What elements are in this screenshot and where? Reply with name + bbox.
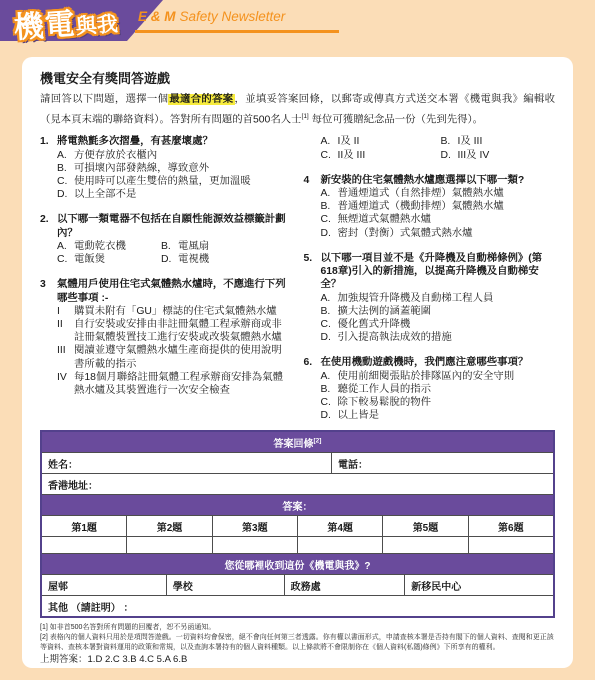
- option-label: D.: [161, 253, 178, 266]
- footnotes: [1] 如非首500名答對所有問題的回覆者，恕不另函通知。 [2] 表格內的個人…: [40, 623, 555, 664]
- option: D.III及 IV: [441, 149, 556, 162]
- intro-pre: 請回答以下問題，選擇一個: [40, 94, 168, 105]
- item-text: 閱讀並遵守氣體熱水爐生產商提供的使用說明書所載的指示: [74, 344, 292, 370]
- item-numeral: I: [57, 305, 74, 318]
- question-col-header: 第4題: [297, 516, 382, 536]
- option-label: B.: [321, 305, 338, 318]
- source-header-row: 您從哪裡收到這份《機電與我》?: [42, 553, 553, 574]
- logo-title-large: 機電: [13, 8, 77, 45]
- item-numeral: IV: [57, 371, 74, 397]
- option-text: III及 IV: [458, 149, 556, 162]
- question-3-options: A.I及 II B.I及 III C.II及 III D.III及 IV: [304, 135, 556, 161]
- question-columns-row: 第1題 第2題 第3題 第4題 第5題 第6題: [42, 515, 553, 536]
- quiz-title: 機電安全有獎問答遊戲: [40, 68, 555, 87]
- intro-highlight: 最適合的答案: [168, 94, 234, 105]
- question-5-options: A.加強規管升降機及自動梯工程人員 B.擴大法例的涵蓋範圍 C.優化舊式升降機 …: [321, 292, 556, 345]
- option-label: C.: [57, 175, 74, 188]
- option-label: A.: [57, 149, 74, 162]
- option-label: D.: [441, 149, 458, 162]
- option-text: II及 III: [338, 149, 441, 162]
- option-label: B.: [161, 240, 178, 253]
- option-text: 引入提高執法成效的措施: [338, 331, 556, 344]
- subtitle-rest: Safety Newsletter: [180, 9, 286, 24]
- option: B.聽從工作人員的指示: [321, 383, 556, 396]
- question-3-head: 3 氣體用戶使用住宅式氣體熱水爐時，不應進行下列哪些事項 :-: [40, 278, 292, 304]
- form-title-text: 答案回條: [274, 439, 314, 450]
- option-text: 以上全部不是: [74, 188, 292, 201]
- question-2-head: 2. 以下哪一類電器不包括在自願性能源效益標籤計劃內？: [40, 213, 292, 239]
- question-number: 2.: [40, 213, 57, 239]
- question-text: 以下哪一類電器不包括在自願性能源效益標籤計劃內？: [57, 213, 292, 239]
- source-option-office: 政務處: [284, 575, 405, 595]
- option-label: C.: [57, 253, 74, 266]
- option: C.使用時可以產生雙倍的熱量，更加溫暖: [57, 175, 292, 188]
- answer-cell-q2: [126, 537, 211, 553]
- previous-answers-value: 1.D 2.C 3.B 4.C 5.A 6.B: [88, 654, 188, 665]
- option-label: C.: [321, 213, 338, 226]
- question-3: 3 氣體用戶使用住宅式氣體熱水爐時，不應進行下列哪些事項 :- I購買未附有「G…: [40, 278, 292, 397]
- option: B.電風扇: [161, 240, 292, 253]
- subtitle-underline: [135, 30, 339, 33]
- option: B.I及 III: [441, 135, 556, 148]
- option: C.無煙道式氣體熱水爐: [321, 213, 556, 226]
- option-label: B.: [321, 383, 338, 396]
- other-source-field: 其他 （請註明） ：: [42, 596, 553, 616]
- answers-header-row: 答案：: [42, 494, 553, 515]
- item-numeral: II: [57, 318, 74, 344]
- question-3-item: II自行安裝或安排由非註冊氣體工程承辦商或非註冊氣體裝置技工進行安裝或改裝氣體熱…: [57, 318, 292, 344]
- option-label: A.: [321, 135, 338, 148]
- question-5-head: 5. 以下哪一項目並不是《升降機及自動梯條例》(第618章)引入的新措施，以提高…: [304, 252, 556, 292]
- option-text: 使用前細閱張貼於排隊區內的安全守則: [338, 370, 556, 383]
- option-label: D.: [57, 188, 74, 201]
- option-text: 加強規管升降機及自動梯工程人員: [338, 292, 556, 305]
- logo-title-small: 與我: [75, 13, 119, 39]
- option-text: 聽從工作人員的指示: [338, 383, 556, 396]
- name-field: 姓名：: [42, 453, 331, 473]
- item-text: 每18個月聯絡註冊氣體工程承辦商安排為氣體熱水爐及其裝置進行一次安全檢查: [74, 371, 292, 397]
- option-label: B.: [441, 135, 458, 148]
- form-title-row: 答案回條[2]: [42, 432, 553, 452]
- answer-cell-q3: [212, 537, 297, 553]
- question-1-head: 1. 將電熱氈多次摺疊，有甚麼壞處？: [40, 135, 292, 148]
- content-card: 機電安全有獎問答遊戲 請回答以下問題，選擇一個最適合的答案，並填妥答案回條，以郵…: [22, 57, 573, 668]
- option-label: A.: [321, 370, 338, 383]
- option: A.方便存放於衣櫃內: [57, 149, 292, 162]
- footnote-2: [2] 表格內的個人資料只用於是項問答遊戲。一切資料均會保密，絕不會向任何第三者…: [40, 633, 555, 652]
- option-label: D.: [321, 227, 338, 240]
- question-col-header: 第2題: [126, 516, 211, 536]
- option: D.引入提高執法成效的措施: [321, 331, 556, 344]
- option-text: 擴大法例的涵蓋範圍: [338, 305, 556, 318]
- option-label: C.: [321, 318, 338, 331]
- option-text: 方便存放於衣櫃內: [74, 149, 292, 162]
- option-text: 普通煙道式（自然排煙）氣體熱水爐: [338, 187, 556, 200]
- question-3-item: III閱讀並遵守氣體熱水爐生產商提供的使用說明書所載的指示: [57, 344, 292, 370]
- option: B.可損壞內部發熱線，導致意外: [57, 162, 292, 175]
- question-col-header: 第6題: [468, 516, 553, 536]
- questions-area: 1. 將電熱氈多次摺疊，有甚麼壞處？ A.方便存放於衣櫃內 B.可損壞內部發熱線…: [40, 135, 555, 422]
- footnote-1: [1] 如非首500名答對所有問題的回覆者，恕不另函通知。: [40, 623, 555, 633]
- question-number: 5.: [304, 252, 321, 292]
- form-title: 答案回條[2]: [42, 432, 553, 452]
- question-text: 在使用機動遊戲機時，我們應注意哪些事項？: [321, 356, 556, 369]
- option-label: B.: [57, 162, 74, 175]
- question-text: 新安裝的住宅氣體熱水爐應選擇以下哪一類?: [321, 174, 556, 187]
- option-text: 電飯煲: [74, 253, 161, 266]
- option-text: I及 III: [458, 135, 556, 148]
- question-3-item: IV每18個月聯絡註冊氣體工程承辦商安排為氣體熱水爐及其裝置進行一次安全檢查: [57, 371, 292, 397]
- subtitle-bold: E & M: [138, 9, 176, 24]
- option-label: A.: [321, 292, 338, 305]
- question-6: 6. 在使用機動遊戲機時，我們應注意哪些事項？ A.使用前細閱張貼於排隊區內的安…: [304, 356, 556, 422]
- answer-cells-row: [42, 536, 553, 553]
- question-2-options: A.電動乾衣機 B.電風扇 C.電飯煲 D.電視機: [57, 240, 292, 266]
- question-col-header: 第1題: [42, 516, 126, 536]
- item-text: 購買未附有「GU」標誌的住宅式氣體熱水爐: [74, 305, 292, 318]
- question-1-options: A.方便存放於衣櫃內 B.可損壞內部發熱線，導致意外 C.使用時可以產生雙倍的熱…: [57, 149, 292, 202]
- option-text: 優化舊式升降機: [338, 318, 556, 331]
- option: C.優化舊式升降機: [321, 318, 556, 331]
- newsletter-page: { "colors":{"purple":"#6a4b9c","orange":…: [0, 0, 595, 680]
- answer-cell-q6: [468, 537, 553, 553]
- question-number: 3: [40, 278, 57, 304]
- newsletter-logo: 機電與我: [12, 0, 119, 47]
- option: B.擴大法例的涵蓋範圍: [321, 305, 556, 318]
- option: D.以上皆是: [321, 409, 556, 422]
- questions-right-column: A.I及 II B.I及 III C.II及 III D.III及 IV 4 新…: [304, 135, 556, 422]
- source-option-estate: 屋邨: [42, 575, 166, 595]
- question-number: 1.: [40, 135, 57, 148]
- form-title-footnote-ref: [2]: [314, 438, 322, 445]
- option: C.電飯煲: [57, 253, 161, 266]
- name-phone-row: 姓名： 電話：: [42, 452, 553, 473]
- option-text: I及 II: [338, 135, 441, 148]
- option-text: 無煙道式氣體熱水爐: [338, 213, 556, 226]
- question-3-item: I購買未附有「GU」標誌的住宅式氣體熱水爐: [57, 305, 292, 318]
- option-label: C.: [321, 149, 338, 162]
- question-text: 以下哪一項目並不是《升降機及自動梯條例》(第618章)引入的新措施，以提高升降機…: [321, 252, 556, 292]
- address-row: 香港地址：: [42, 473, 553, 494]
- option: C.II及 III: [321, 149, 441, 162]
- option-text: 普通煙道式（機動排煙）氣體熱水爐: [338, 200, 556, 213]
- option: D.以上全部不是: [57, 188, 292, 201]
- question-2: 2. 以下哪一類電器不包括在自願性能源效益標籤計劃內？ A.電動乾衣機 B.電風…: [40, 213, 292, 266]
- answer-cell-q1: [42, 537, 126, 553]
- option-text: 電動乾衣機: [74, 240, 161, 253]
- source-option-school: 學校: [166, 575, 284, 595]
- question-1: 1. 將電熱氈多次摺疊，有甚麼壞處？ A.方便存放於衣櫃內 B.可損壞內部發熱線…: [40, 135, 292, 201]
- quiz-intro: 請回答以下問題，選擇一個最適合的答案，並填妥答案回條，以郵寄或傳真方式送交本署《…: [40, 91, 555, 128]
- option: B.普通煙道式（機動排煙）氣體熱水爐: [321, 200, 556, 213]
- item-text: 自行安裝或安排由非註冊氣體工程承辦商或非註冊氣體裝置技工進行安裝或改裝氣體熱水爐: [74, 318, 292, 344]
- option-text: 以上皆是: [338, 409, 556, 422]
- source-option-centre: 新移民中心: [404, 575, 553, 595]
- question-text: 將電熱氈多次摺疊，有甚麼壞處？: [57, 135, 292, 148]
- question-text: 氣體用戶使用住宅式氣體熱水爐時，不應進行下列哪些事項 :-: [57, 278, 292, 304]
- question-col-header: 第3題: [212, 516, 297, 536]
- option-text: 電視機: [178, 253, 292, 266]
- previous-answers-label: 上期答案：: [40, 654, 88, 665]
- questions-left-column: 1. 將電熱氈多次摺疊，有甚麼壞處？ A.方便存放於衣櫃內 B.可損壞內部發熱線…: [40, 135, 292, 422]
- item-numeral: III: [57, 344, 74, 370]
- option: A.電動乾衣機: [57, 240, 161, 253]
- intro-footnote-ref: [1]: [302, 113, 309, 120]
- source-header: 您從哪裡收到這份《機電與我》?: [42, 554, 553, 574]
- option: D.電視機: [161, 253, 292, 266]
- answer-cell-q5: [382, 537, 467, 553]
- option: A.使用前細閱張貼於排隊區內的安全守則: [321, 370, 556, 383]
- question-6-options: A.使用前細閱張貼於排隊區內的安全守則 B.聽從工作人員的指示 C.除下較易鬆脫…: [321, 370, 556, 423]
- option-text: 可損壞內部發熱線，導致意外: [74, 162, 292, 175]
- question-col-header: 第5題: [382, 516, 467, 536]
- option: A.普通煙道式（自然排煙）氣體熱水爐: [321, 187, 556, 200]
- option: D.密封（對衡）式氣體式熱水爐: [321, 227, 556, 240]
- source-options-row: 屋邨 學校 政務處 新移民中心: [42, 574, 553, 595]
- option-text: 電風扇: [178, 240, 292, 253]
- option-text: 使用時可以產生雙倍的熱量，更加溫暖: [74, 175, 292, 188]
- question-6-head: 6. 在使用機動遊戲機時，我們應注意哪些事項？: [304, 356, 556, 369]
- question-4-options: A.普通煙道式（自然排煙）氣體熱水爐 B.普通煙道式（機動排煙）氣體熱水爐 C.…: [321, 187, 556, 240]
- option-text: 除下較易鬆脫的物件: [338, 396, 556, 409]
- address-field: 香港地址：: [42, 474, 553, 494]
- option-label: C.: [321, 396, 338, 409]
- option-label: B.: [321, 200, 338, 213]
- answers-header: 答案：: [42, 495, 553, 515]
- option-text: 密封（對衡）式氣體式熱水爐: [338, 227, 556, 240]
- question-5: 5. 以下哪一項目並不是《升降機及自動梯條例》(第618章)引入的新措施，以提高…: [304, 252, 556, 344]
- question-4: 4 新安裝的住宅氣體熱水爐應選擇以下哪一類? A.普通煙道式（自然排煙）氣體熱水…: [304, 174, 556, 240]
- intro-post: 每位可獲贈紀念品一份（先到先得）。: [309, 114, 483, 125]
- option-label: A.: [321, 187, 338, 200]
- answer-form-table: 答案回條[2] 姓名： 電話： 香港地址： 答案： 第1題 第2題 第3題 第4…: [40, 430, 555, 618]
- question-number: 6.: [304, 356, 321, 369]
- other-source-row: 其他 （請註明） ：: [42, 595, 553, 616]
- question-4-head: 4 新安裝的住宅氣體熱水爐應選擇以下哪一類?: [304, 174, 556, 187]
- option-label: D.: [321, 331, 338, 344]
- option-label: D.: [321, 409, 338, 422]
- newsletter-subtitle: E & MSafety Newsletter: [138, 9, 285, 24]
- previous-issue-answers: 上期答案：1.D 2.C 3.B 4.C 5.A 6.B: [40, 655, 555, 665]
- option: A.加強規管升降機及自動梯工程人員: [321, 292, 556, 305]
- option: C.除下較易鬆脫的物件: [321, 396, 556, 409]
- question-number: 4: [304, 174, 321, 187]
- option-label: A.: [57, 240, 74, 253]
- phone-field: 電話：: [331, 453, 553, 473]
- option: A.I及 II: [321, 135, 441, 148]
- answer-cell-q4: [297, 537, 382, 553]
